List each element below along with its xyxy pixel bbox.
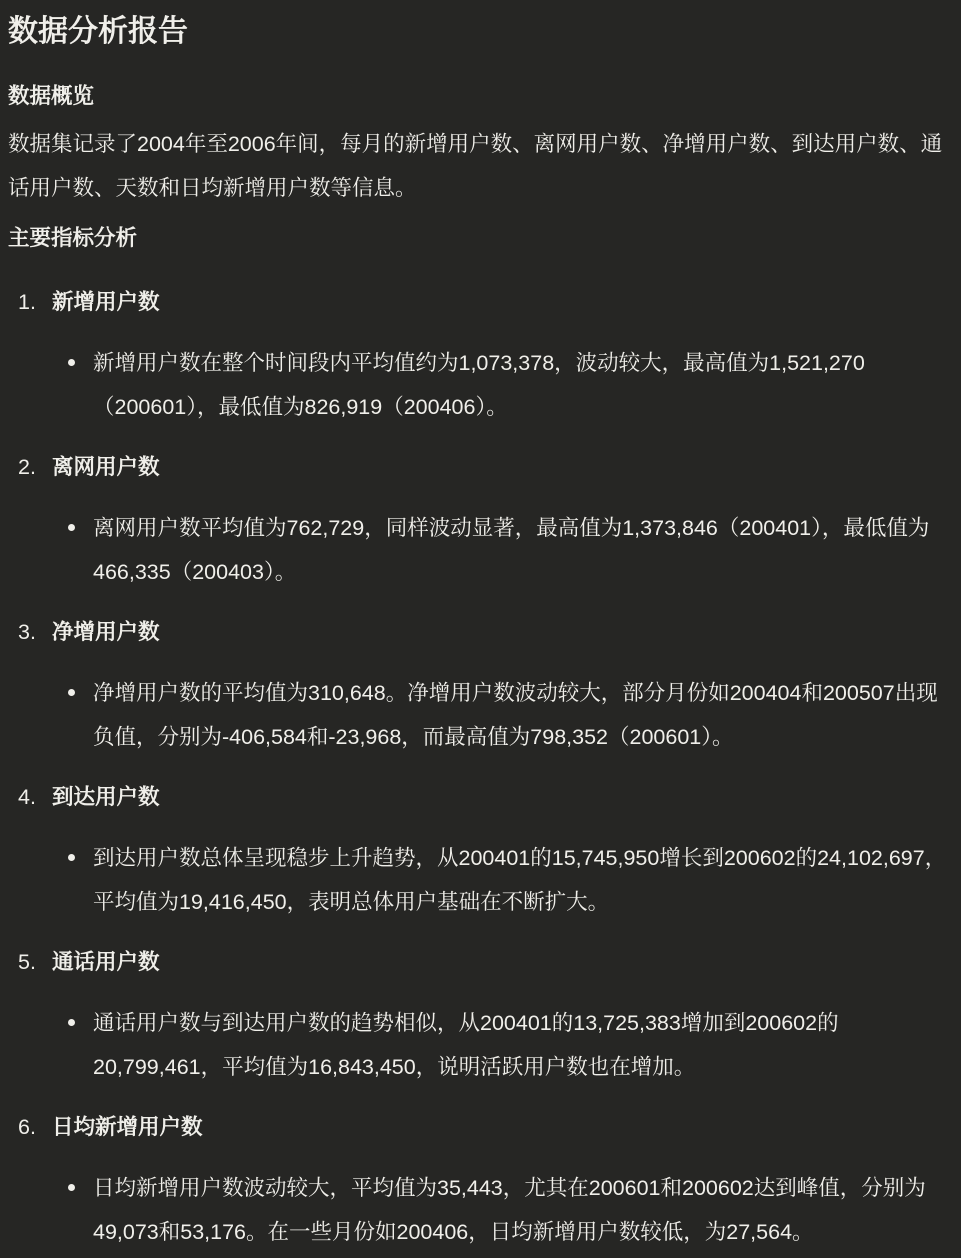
bullet-item: 新增用户数在整个时间段内平均值约为1,073,378，波动较大，最高值为1,52… — [18, 341, 951, 429]
item-bullets: 离网用户数平均值为762,729，同样波动显著，最高值为1,373,846（20… — [18, 506, 951, 594]
bullet-dot-icon — [68, 524, 75, 531]
bullet-dot-icon — [68, 689, 75, 696]
item-bullets: 日均新增用户数波动较大，平均值为35,443，尤其在200601和200602达… — [18, 1166, 951, 1254]
item-bullets: 通话用户数与到达用户数的趋势相似，从200401的13,725,383增加到20… — [18, 1001, 951, 1089]
item-bullets: 到达用户数总体呈现稳步上升趋势，从200401的15,745,950增长到200… — [18, 836, 951, 924]
bullet-text-line: 平均值为19,416,450，表明总体用户基础在不断扩大。 — [93, 880, 951, 924]
bullet-text-line: 负值，分别为-406,584和-23,968，而最高值为798,352（2006… — [93, 715, 951, 759]
analysis-heading: 主要指标分析 — [8, 224, 951, 252]
item-heading: 4.到达用户数 — [18, 783, 951, 811]
bullet-dot-icon — [68, 1184, 75, 1191]
bullet-text-line: 净增用户数的平均值为310,648。净增用户数波动较大，部分月份如200404和… — [93, 671, 951, 715]
item-number: 1. — [18, 288, 52, 316]
bullet-item: 通话用户数与到达用户数的趋势相似，从200401的13,725,383增加到20… — [18, 1001, 951, 1089]
bullet-dot-icon — [68, 1019, 75, 1026]
overview-paragraph: 数据集记录了2004年至2006年间，每月的新增用户数、离网用户数、净增用户数、… — [8, 122, 951, 210]
bullet-text-line: 49,073和53,176。在一些月份如200406，日均新增用户数较低，为27… — [93, 1210, 951, 1254]
item-number: 3. — [18, 618, 52, 646]
bullet-text-line: 466,335（200403）。 — [93, 550, 951, 594]
analysis-item-list: 1.新增用户数 新增用户数在整个时间段内平均值约为1,073,378，波动较大，… — [8, 288, 951, 1254]
item-heading: 2.离网用户数 — [18, 453, 951, 481]
bullet-item: 日均新增用户数波动较大，平均值为35,443，尤其在200601和200602达… — [18, 1166, 951, 1254]
overview-paragraph-line: 数据集记录了2004年至2006年间，每月的新增用户数、离网用户数、净增用户数、… — [8, 122, 951, 166]
item-bullets: 净增用户数的平均值为310,648。净增用户数波动较大，部分月份如200404和… — [18, 671, 951, 759]
analysis-item-calling-users: 5.通话用户数 通话用户数与到达用户数的趋势相似，从200401的13,725,… — [8, 948, 951, 1089]
bullet-dot-icon — [68, 854, 75, 861]
item-title: 净增用户数 — [52, 620, 160, 644]
item-number: 2. — [18, 453, 52, 481]
bullet-text-line: 离网用户数平均值为762,729，同样波动显著，最高值为1,373,846（20… — [93, 506, 951, 550]
bullet-text-line: 通话用户数与到达用户数的趋势相似，从200401的13,725,383增加到20… — [93, 1001, 951, 1045]
bullet-text-line: 到达用户数总体呈现稳步上升趋势，从200401的15,745,950增长到200… — [93, 836, 951, 880]
bullet-text-line: 新增用户数在整个时间段内平均值约为1,073,378，波动较大，最高值为1,52… — [93, 341, 951, 385]
item-heading: 5.通话用户数 — [18, 948, 951, 976]
bullet-text-line: 日均新增用户数波动较大，平均值为35,443，尤其在200601和200602达… — [93, 1166, 951, 1210]
bullet-dot-icon — [68, 359, 75, 366]
bullet-item: 到达用户数总体呈现稳步上升趋势，从200401的15,745,950增长到200… — [18, 836, 951, 924]
item-number: 4. — [18, 783, 52, 811]
analysis-item-net-growth-users: 3.净增用户数 净增用户数的平均值为310,648。净增用户数波动较大，部分月份… — [8, 618, 951, 759]
item-title: 新增用户数 — [52, 290, 160, 314]
analysis-item-daily-avg-new-users: 6.日均新增用户数 日均新增用户数波动较大，平均值为35,443，尤其在2006… — [8, 1113, 951, 1254]
report-document: 数据分析报告 数据概览 数据集记录了2004年至2006年间，每月的新增用户数、… — [0, 0, 961, 1254]
overview-paragraph-line: 话用户数、天数和日均新增用户数等信息。 — [8, 166, 951, 210]
item-heading: 1.新增用户数 — [18, 288, 951, 316]
item-title: 离网用户数 — [52, 455, 160, 479]
item-heading: 6.日均新增用户数 — [18, 1113, 951, 1141]
item-title: 到达用户数 — [52, 785, 160, 809]
analysis-item-new-users: 1.新增用户数 新增用户数在整个时间段内平均值约为1,073,378，波动较大，… — [8, 288, 951, 429]
bullet-text-line: 20,799,461，平均值为16,843,450，说明活跃用户数也在增加。 — [93, 1045, 951, 1089]
analysis-item-total-users: 4.到达用户数 到达用户数总体呈现稳步上升趋势，从200401的15,745,9… — [8, 783, 951, 924]
item-title: 通话用户数 — [52, 950, 160, 974]
report-title: 数据分析报告 — [8, 14, 951, 50]
overview-heading: 数据概览 — [8, 82, 951, 110]
item-heading: 3.净增用户数 — [18, 618, 951, 646]
item-bullets: 新增用户数在整个时间段内平均值约为1,073,378，波动较大，最高值为1,52… — [18, 341, 951, 429]
analysis-item-churned-users: 2.离网用户数 离网用户数平均值为762,729，同样波动显著，最高值为1,37… — [8, 453, 951, 594]
item-number: 6. — [18, 1113, 52, 1141]
bullet-text-line: （200601），最低值为826,919（200406）。 — [93, 385, 951, 429]
item-number: 5. — [18, 948, 52, 976]
bullet-item: 净增用户数的平均值为310,648。净增用户数波动较大，部分月份如200404和… — [18, 671, 951, 759]
item-title: 日均新增用户数 — [52, 1115, 203, 1139]
bullet-item: 离网用户数平均值为762,729，同样波动显著，最高值为1,373,846（20… — [18, 506, 951, 594]
